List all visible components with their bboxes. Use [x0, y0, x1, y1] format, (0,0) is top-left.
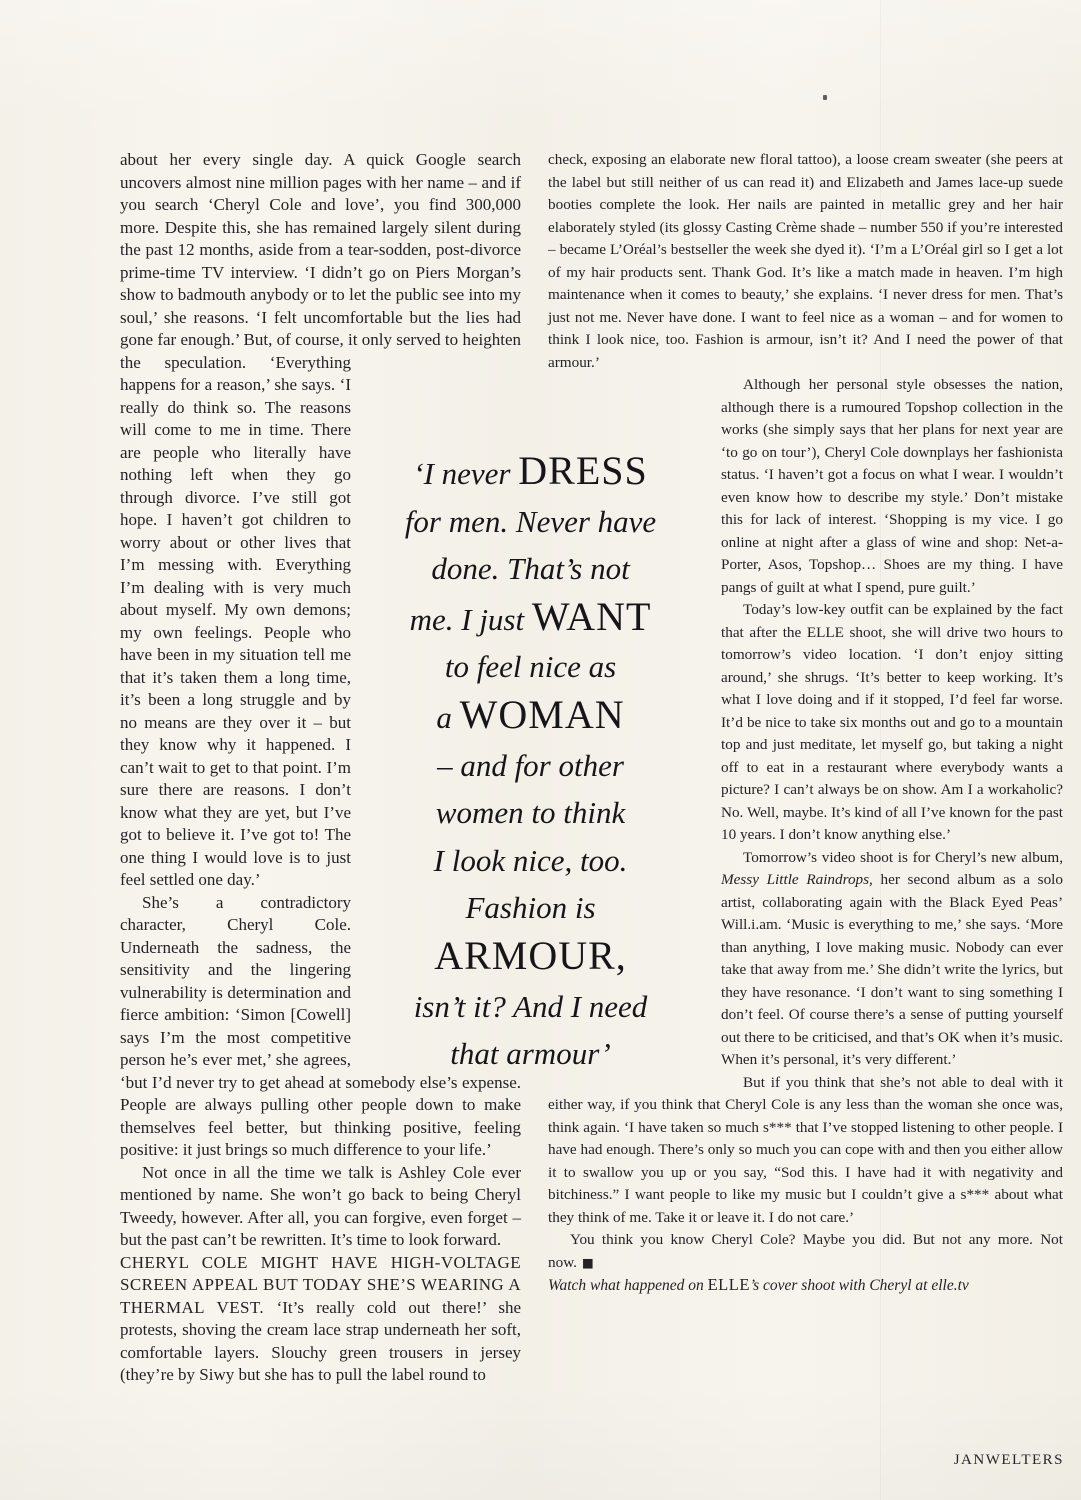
photographer-credit: JANWELTERS — [954, 1452, 1064, 1469]
paragraph-text: Tomorrow’s video shoot is for Cheryl’s n… — [743, 849, 1063, 866]
end-square-mark: ■ — [582, 1255, 594, 1270]
paragraph: Not once in all the time we talk is Ashl… — [120, 1162, 521, 1252]
paragraph: You think you know Cheryl Cole? Maybe yo… — [548, 1229, 1063, 1274]
quote-italic: me. I just — [410, 602, 532, 637]
footer-text: ’s cover shoot with Cheryl at elle.tv — [750, 1277, 969, 1294]
paragraph-text: You think you know Cheryl Cole? Maybe yo… — [548, 1231, 1063, 1271]
paragraph-text: , her second album as a solo artist, col… — [721, 871, 1063, 1068]
pull-quote-cutout-right — [548, 396, 721, 1072]
footer-text: Watch what happened on — [548, 1277, 708, 1294]
album-title: Messy Little Raindrops — [721, 871, 869, 888]
elle-wordmark: ELLE — [708, 1275, 750, 1294]
paragraph: check, exposing an elaborate new floral … — [548, 149, 1063, 374]
magazine-page: about her every single day. A quick Goog… — [0, 0, 1081, 1500]
scan-speck — [823, 95, 827, 100]
quote-italic: ‘I never — [413, 456, 518, 491]
footer-note: Watch what happened on ELLE’s cover shoo… — [548, 1274, 1063, 1298]
quote-italic: a — [436, 700, 459, 735]
paragraph: But if you think that she’s not able to … — [548, 1072, 1063, 1230]
right-column: check, exposing an elaborate new floral … — [548, 149, 1063, 1298]
paragraph: CHERYL COLE MIGHT HAVE HIGH-VOLTAGE SCRE… — [120, 1252, 521, 1387]
